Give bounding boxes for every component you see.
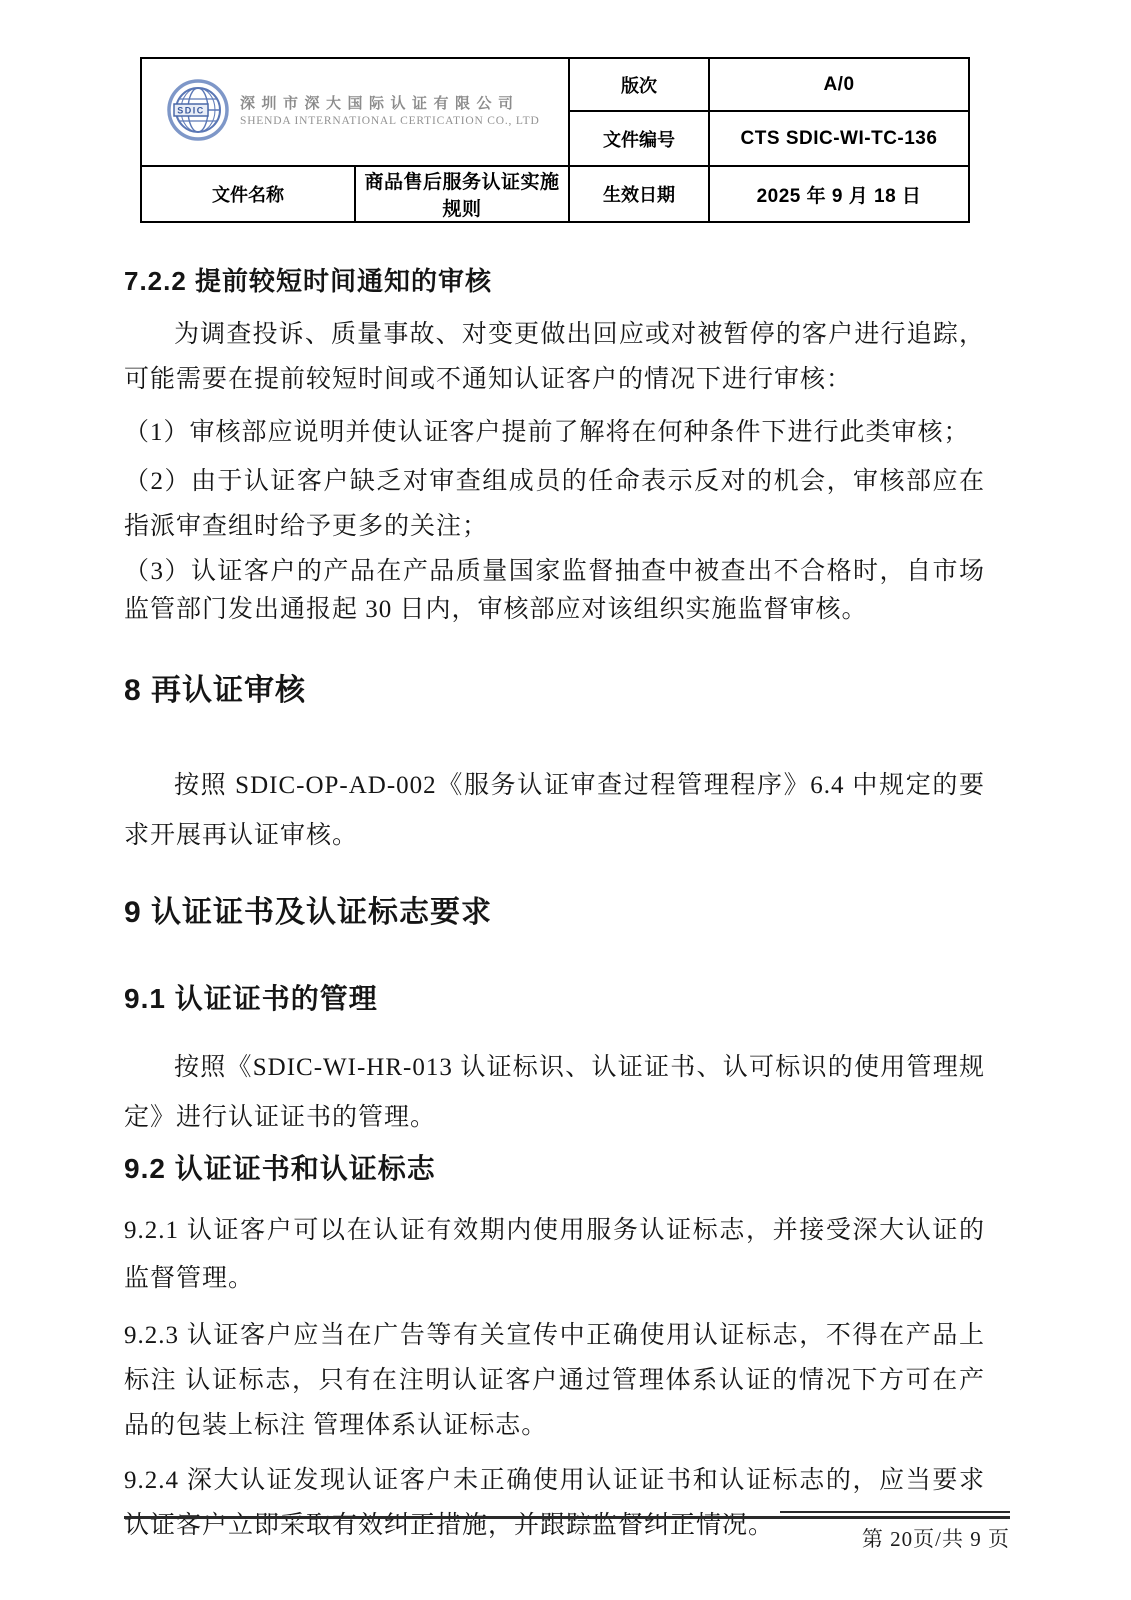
section-9-1-heading: 9.1 认证证书的管理 xyxy=(124,977,985,1017)
page-footer: 第 20页/共 9 页 xyxy=(124,1516,1010,1553)
section-9-heading: 9 认证证书及认证标志要求 xyxy=(124,887,985,931)
version-label: 版次 xyxy=(569,58,709,111)
document-page: SDIC 深圳市深大国际认证有限公司 SHENDA INTERNATIONAL … xyxy=(0,0,1131,1600)
footer-divider xyxy=(124,1516,1010,1519)
section-7-2-2-heading: 7.2.2 提前较短时间通知的审核 xyxy=(124,261,985,298)
document-header-table: SDIC 深圳市深大国际认证有限公司 SHENDA INTERNATIONAL … xyxy=(140,57,970,223)
header-logo-cell: SDIC 深圳市深大国际认证有限公司 SHENDA INTERNATIONAL … xyxy=(141,58,569,166)
section-7-2-2-item-3: （3）认证客户的产品在产品质量国家监督抽查中被查出不合格时，自市场监管部门发出通… xyxy=(124,553,985,629)
section-8-heading: 8 再认证审核 xyxy=(124,665,985,709)
doc-name-label: 文件名称 xyxy=(141,166,355,222)
section-9-2-3-paragraph: 9.2.3 认证客户应当在广告等有关宣传中正确使用认证标志，不得在产品上标注 认… xyxy=(124,1313,985,1448)
document-body: 7.2.2 提前较短时间通知的审核 为调查投诉、质量事故、对变更做出回应或对被暂… xyxy=(124,261,985,1548)
company-name-cn: 深圳市深大国际认证有限公司 xyxy=(240,95,540,114)
doc-name-value: 商品售后服务认证实施规则 xyxy=(355,166,569,222)
section-7-2-2-item-1: （1）审核部应说明并使认证客户提前了解将在何种条件下进行此类审核； xyxy=(124,410,985,455)
doc-number-label: 文件编号 xyxy=(569,111,709,166)
section-9-2-heading: 9.2 认证证书和认证标志 xyxy=(124,1147,985,1187)
logo-sdic-text: SDIC xyxy=(177,105,205,115)
page-number: 第 20页/共 9 页 xyxy=(124,1523,1010,1553)
section-7-2-2-paragraph: 为调查投诉、质量事故、对变更做出回应或对被暂停的客户进行追踪，可能需要在提前较短… xyxy=(124,312,985,402)
company-logo-icon: SDIC xyxy=(166,78,230,147)
effective-date-label: 生效日期 xyxy=(569,166,709,222)
doc-number-value: CTS SDIC-WI-TC-136 xyxy=(709,111,969,166)
footer-divider-accent xyxy=(780,1511,1010,1513)
section-9-2-1-paragraph: 9.2.1 认证客户可以在认证有效期内使用服务认证标志，并接受深大认证的监督管理… xyxy=(124,1207,985,1303)
section-7-2-2-item-2: （2）由于认证客户缺乏对审查组成员的任命表示反对的机会，审核部应在指派审查组时给… xyxy=(124,459,985,549)
effective-date-value: 2025 年 9 月 18 日 xyxy=(709,166,969,222)
version-value: A/0 xyxy=(709,58,969,111)
section-9-1-paragraph: 按照《SDIC-WI-HR-013 认证标识、认证证书、认可标识的使用管理规定》… xyxy=(124,1043,985,1143)
company-name-en: SHENDA INTERNATIONAL CERTICATION CO., LT… xyxy=(240,114,540,128)
section-8-paragraph: 按照 SDIC-OP-AD-002《服务认证审查过程管理程序》6.4 中规定的要… xyxy=(124,761,985,861)
